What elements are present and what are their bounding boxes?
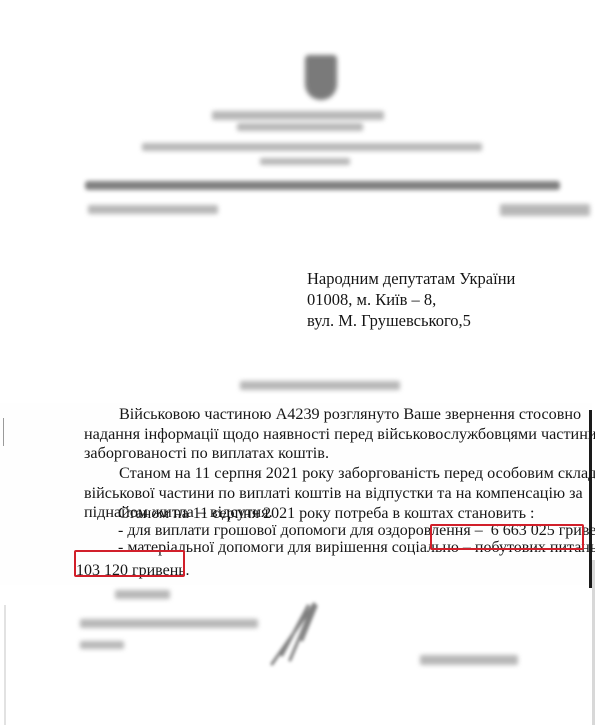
closing [115,590,170,599]
letterhead-unit-line [237,123,363,131]
funding-item-health-text: - для виплати грошової допомоги для оздо… [118,522,483,539]
addressee-street: вул. М. Грушевського,5 [307,310,515,331]
scan-edge-left [3,418,4,446]
highlight-box-health-amount [430,524,584,550]
addressee-recipient: Народним депутатам України [307,268,515,289]
highlight-box-material-amount [74,550,185,577]
paragraph-line: Військовою частиною А4239 розглянуто Ваш… [84,405,562,425]
letterhead-code-line [260,158,350,165]
registration-number [500,204,590,216]
letterhead-ministry-line [212,111,384,120]
scan-edge-left-lower [4,605,6,725]
signatory-name [420,655,518,665]
outgoing-date [88,205,218,214]
state-emblem-icon [305,55,337,100]
signatory-position-line1 [80,619,258,628]
letterhead-divider [85,181,560,190]
signatory-position-line2 [80,641,124,649]
addressee-postal: 01008, м. Київ – 8, [307,289,515,310]
salutation [240,381,400,390]
paragraph-line: заборгованості по виплатах коштів. [84,444,562,464]
signature-icon [262,600,322,670]
paragraph-line: військової частини по виплаті коштів на … [84,484,562,504]
paragraph-review: Військовою частиною А4239 розглянуто Ваш… [84,405,562,464]
paragraph-line: Станом на 11 серпня 2021 року заборгован… [84,464,562,484]
paragraph-line: надання інформації щодо наявності перед … [84,425,562,445]
letterhead-address-line [142,143,482,151]
addressee-block: Народним депутатам України 01008, м. Киї… [307,268,515,331]
paragraph-line: Станом на 11 серпня 2021 року потреба в … [86,505,586,522]
